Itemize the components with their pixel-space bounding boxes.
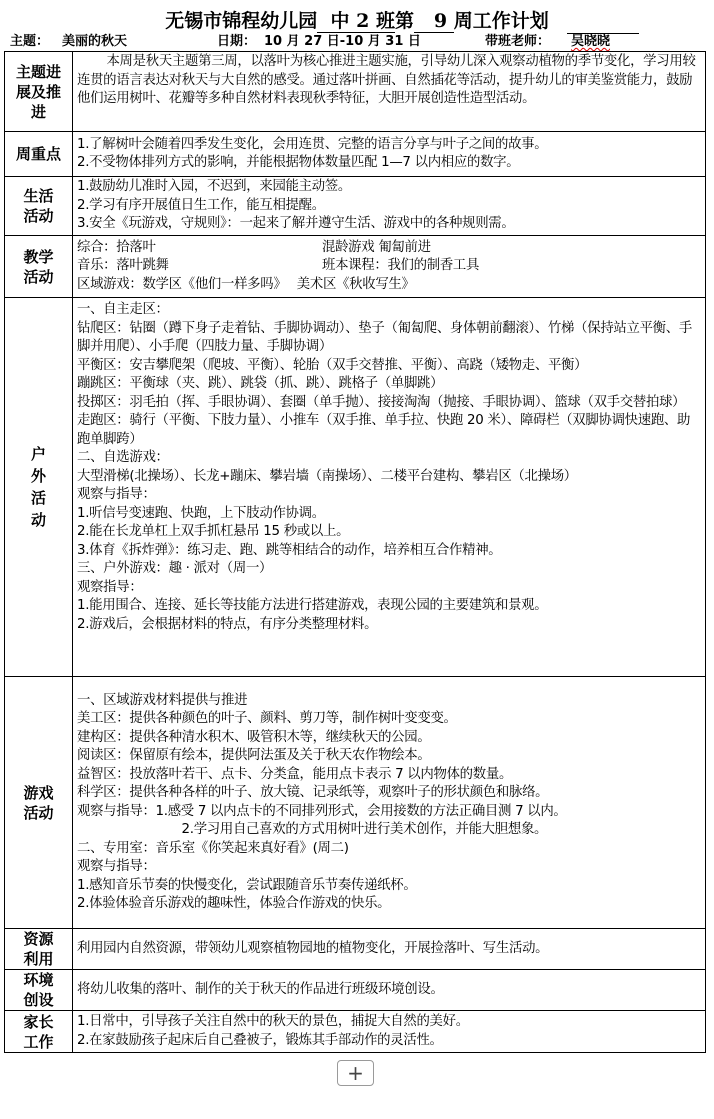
list-item: 1.能用围合、连接、延长等技能方法进行搭建游戏，表现公园的主要建筑和景观。 — [77, 597, 699, 616]
list-item: 建构区：提供各种清水积木、吸管积木等，继续秋天的公园。 — [77, 729, 699, 748]
row-content: 本周是秋天主题第三周，以落叶为核心推进主题实施，引导幼儿深入观察动植物的季节变化… — [73, 52, 706, 132]
list-item: 1.听信号变速跑、快跑，上下肢动作协调。 — [77, 505, 699, 524]
row-content: 利用园内自然资源，带领幼儿观察植物园地的植物变化，开展捡落叶、写生活动。 — [73, 929, 706, 970]
row-life-activities: 生活 活动 1.鼓励幼儿准时入园，不迟到，来园能主动签。 2.学习有序开展值日生… — [5, 177, 706, 236]
row-content: 一、区域游戏材料提供与推进 美工区：提供各种颜色的叶子、颜料、剪刀等，制作树叶变… — [73, 677, 706, 929]
row-content: 一、自主走区： 钻爬区：钻圈（蹲下身子走着钻、手脚协调动）、垫子（匍匐爬、身体朝… — [73, 298, 706, 677]
label-line: 工作 — [7, 1032, 70, 1052]
teaching-item: 班本课程：我们的制香工具 — [322, 257, 479, 276]
row-resource-use: 资源 利用 利用园内自然资源，带领幼儿观察植物园地的植物变化，开展捡落叶、写生活… — [5, 929, 706, 970]
section-heading: 一、自主走区： — [77, 301, 699, 320]
row-game-activities: 游戏 活动 一、区域游戏材料提供与推进 美工区：提供各种颜色的叶子、颜料、剪刀等… — [5, 677, 706, 929]
theme-value: 美丽的秋天 — [58, 33, 148, 52]
row-content: 综合：拾落叶 混龄游戏 匍匐前进 音乐：落叶跳舞 班本课程：我们的制香工具 区域… — [73, 236, 706, 298]
meta-line: 主题： 美丽的秋天 日期： 10 月 27 日-10 月 31 日 带班老师： … — [0, 33, 714, 51]
teaching-row-2: 音乐：落叶跳舞 班本课程：我们的制香工具 — [77, 257, 699, 276]
list-item: 科学区：提供各种各样的叶子、放大镜、记录纸等，观察叶子的形状颜色和脉络。 — [77, 784, 699, 803]
subheading: 观察与指导： — [77, 858, 699, 877]
row-outdoor-activities: 户 外 活 动 一、自主走区： 钻爬区：钻圈（蹲下身子走着钻、手脚协调动）、垫子… — [5, 298, 706, 677]
label-line: 进 — [7, 102, 70, 122]
section-heading: 二、自选游戏： — [77, 449, 699, 468]
row-week-focus: 周重点 1.了解树叶会随着四季发生变化，会用连贯、完整的语言分享与叶子之间的故事… — [5, 132, 706, 177]
teacher-value: 吴晓晓 — [567, 33, 639, 34]
row-label: 环境 创设 — [5, 970, 73, 1011]
teaching-item: 混龄游戏 匍匐前进 — [322, 239, 431, 258]
section-heading: 一、区域游戏材料提供与推进 — [77, 692, 699, 711]
list-item: 3.体育《拆炸弹》：练习走、跑、跳等相结合的动作，培养相互合作精神。 — [77, 542, 699, 561]
row-content: 将幼儿收集的落叶、制作的关于秋天的作品进行班级环境创设。 — [73, 970, 706, 1011]
list-item: 平衡区：安吉攀爬架（爬坡、平衡）、轮胎（双手交替推、平衡）、高跷（矮物走、平衡） — [77, 357, 699, 376]
label-line: 活动 — [7, 267, 70, 287]
week-number: 9 — [414, 10, 454, 33]
label-line: 创设 — [7, 990, 70, 1010]
add-button[interactable]: + — [337, 1060, 374, 1086]
teaching-item: 区域游戏：数学区《他们一样多吗》 美术区《秋收写生》 — [77, 276, 699, 295]
list-item: 美工区：提供各种颜色的叶子、颜料、剪刀等，制作树叶变变变。 — [77, 710, 699, 729]
label-line: 教学 — [7, 247, 70, 267]
list-item: 2.学习有序开展值日生工作，能互相提醒。 — [77, 197, 699, 216]
row-label: 资源 利用 — [5, 929, 73, 970]
list-item: 观察与指导：1.感受 7 以内点卡的不同排列形式，会用接数的方法正确目测 7 以… — [77, 803, 699, 822]
row-environment-setup: 环境 创设 将幼儿收集的落叶、制作的关于秋天的作品进行班级环境创设。 — [5, 970, 706, 1011]
list-item: 2.不受物体排列方式的影响，并能根据物体数量匹配 1—7 以内相应的数字。 — [77, 154, 699, 173]
list-item: 大型滑梯(北操场）、长龙+蹦床、攀岩墙（南操场）、二楼平台建构、攀岩区（北操场） — [77, 468, 699, 487]
row-label: 户 外 活 动 — [5, 298, 73, 677]
label-line: 生活 — [7, 186, 70, 206]
plus-icon: + — [347, 1063, 364, 1083]
list-item: 1.了解树叶会随着四季发生变化，会用连贯、完整的语言分享与叶子之间的故事。 — [77, 136, 699, 155]
label-line: 家长 — [7, 1012, 70, 1032]
row-content: 1.日常中，引导孩子关注自然中的秋天的景色，捕捉大自然的美好。 2.在家鼓励孩子… — [73, 1011, 706, 1053]
teaching-row-1: 综合：拾落叶 混龄游戏 匍匐前进 — [77, 239, 699, 258]
list-item: 益智区：投放落叶若干、点卡、分类盒，能用点卡表示 7 以内物体的数量。 — [77, 766, 699, 785]
subheading: 观察指导： — [77, 579, 699, 598]
list-item: 走跑区：骑行（平衡、下肢力量）、小推车（双手推、单手拉、快跑 20 米）、障碍栏… — [77, 412, 699, 449]
label-line: 展及推 — [7, 82, 70, 102]
class-name: 中 2 班 — [317, 10, 395, 33]
row-content: 1.了解树叶会随着四季发生变化，会用连贯、完整的语言分享与叶子之间的故事。 2.… — [73, 132, 706, 177]
section-heading: 三、户外游戏：趣 · 派对（周一） — [77, 560, 699, 579]
label-line: 利用 — [7, 949, 70, 969]
row-label: 主题进 展及推 进 — [5, 52, 73, 132]
label-char: 动 — [30, 509, 48, 531]
list-item: 3.安全《玩游戏，守规则》：一起来了解并遵守生活、游戏中的各种规则需。 — [77, 215, 699, 234]
list-item: 2.学习用自己喜欢的方式用树叶进行美术创作，并能大胆想象。 — [77, 821, 699, 840]
list-item: 1.鼓励幼儿准时入园，不迟到，来园能主动签。 — [77, 178, 699, 197]
theme-label: 主题： — [10, 33, 49, 51]
section-heading: 二、专用室：音乐室《你笑起来真好看》(周二) — [77, 840, 699, 859]
list-item: 2.体验体验音乐游戏的趣味性，体验合作游戏的快乐。 — [77, 895, 699, 914]
list-item: 蹦跳区：平衡球（夹、跳）、跳袋（抓、跳）、跳格子（单脚跳） — [77, 375, 699, 394]
row-parent-work: 家长 工作 1.日常中，引导孩子关注自然中的秋天的景色，捕捉大自然的美好。 2.… — [5, 1011, 706, 1053]
row-label: 周重点 — [5, 132, 73, 177]
theme-progress-text: 本周是秋天主题第三周，以落叶为核心推进主题实施，引导幼儿深入观察动植物的季节变化… — [77, 53, 699, 109]
subheading: 观察与指导： — [77, 486, 699, 505]
list-item: 阅读区：保留原有绘本，提供阿法蛋及关于秋天农作物绘本。 — [77, 747, 699, 766]
label-line: 环境 — [7, 970, 70, 990]
label-line: 资源 — [7, 929, 70, 949]
date-label: 日期： — [217, 33, 256, 51]
row-content: 1.鼓励幼儿准时入园，不迟到，来园能主动签。 2.学习有序开展值日生工作，能互相… — [73, 177, 706, 236]
label-char: 外 — [30, 465, 48, 487]
list-item: 2.能在长龙单杠上双手抓杠悬吊 15 秒或以上。 — [77, 523, 699, 542]
teacher-label: 带班老师： — [485, 33, 550, 51]
row-label: 游戏 活动 — [5, 677, 73, 929]
label-char: 户 — [30, 443, 48, 465]
label-line: 游戏 — [7, 783, 70, 803]
date-value: 10 月 27 日-10 月 31 日 — [260, 33, 452, 52]
row-label: 生活 活动 — [5, 177, 73, 236]
teaching-item: 音乐：落叶跳舞 — [77, 257, 322, 276]
row-teaching-activities: 教学 活动 综合：拾落叶 混龄游戏 匍匐前进 音乐：落叶跳舞 班本课程：我们的制… — [5, 236, 706, 298]
list-item: 钻爬区：钻圈（蹲下身子走着钻、手脚协调动）、垫子（匍匐爬、身体朝前翻滚）、竹梯（… — [77, 320, 699, 357]
weekly-plan-table: 主题进 展及推 进 本周是秋天主题第三周，以落叶为核心推进主题实施，引导幼儿深入… — [4, 51, 706, 1053]
list-item: 2.游戏后，会根据材料的特点，有序分类整理材料。 — [77, 616, 699, 635]
label-line: 主题进 — [7, 62, 70, 82]
label-stack: 户 外 活 动 — [30, 443, 48, 531]
list-item: 投掷区：羽毛拍（挥、手眼协调）、套圈（单手抛）、接接淘淘（抛接、手眼协调）、篮球… — [77, 394, 699, 413]
row-label: 教学 活动 — [5, 236, 73, 298]
page-title: 无锡市锦程幼儿园 中 2 班第 9 周工作计划 — [0, 8, 714, 34]
label-line: 活动 — [7, 206, 70, 226]
row-label: 家长 工作 — [5, 1011, 73, 1053]
teaching-item: 综合：拾落叶 — [77, 239, 322, 258]
label-line: 活动 — [7, 803, 70, 823]
list-item: 2.在家鼓励孩子起床后自己叠被子，锻炼其手部动作的灵活性。 — [77, 1032, 699, 1051]
week-prefix: 第 — [395, 10, 414, 32]
row-theme-progress: 主题进 展及推 进 本周是秋天主题第三周，以落叶为核心推进主题实施，引导幼儿深入… — [5, 52, 706, 132]
label-char: 活 — [30, 487, 48, 509]
list-item: 1.感知音乐节奏的快慢变化，尝试跟随音乐节奏传递纸杯。 — [77, 877, 699, 896]
title-suffix: 周工作计划 — [454, 10, 549, 32]
list-item: 1.日常中，引导孩子关注自然中的秋天的景色，捕捉大自然的美好。 — [77, 1013, 699, 1032]
kindergarten-name: 无锡市锦程幼儿园 — [165, 10, 317, 32]
